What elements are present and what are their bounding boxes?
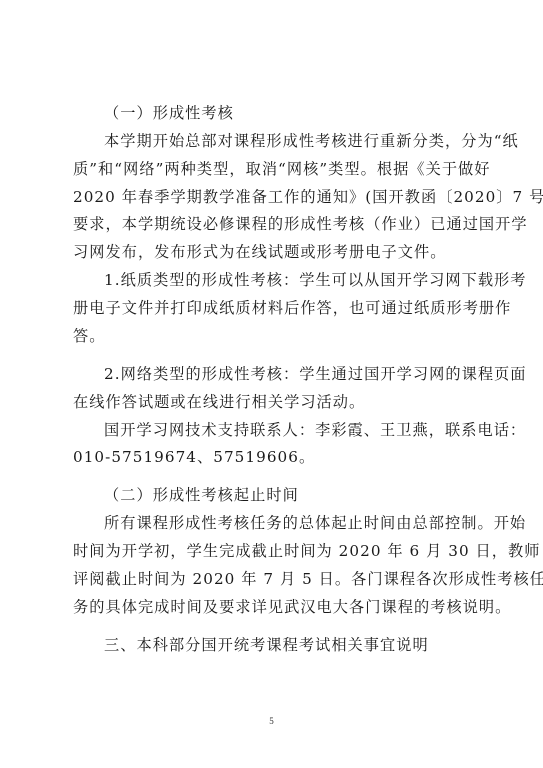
page-number: 5 <box>0 716 543 726</box>
paragraph-line: 时间为开学初，学生完成截止时间为 2020 年 6 月 30 日，教师 <box>73 541 469 561</box>
paragraph-line: 务的具体完成时间及要求详见武汉电大各门课程的考核说明。 <box>73 597 469 617</box>
section-heading-start-end-time: （二）形成性考核起止时间 <box>104 485 469 505</box>
section-heading-formative-assessment: （一）形成性考核 <box>104 103 469 123</box>
paragraph-line: 本学期开始总部对课程形成性考核进行重新分类，分为“纸 <box>104 131 469 151</box>
paragraph-line: 评阅截止时间为 2020 年 7 月 5 日。各门课程各次形成性考核任 <box>73 569 469 589</box>
paragraph-line: 在线作答试题或在线进行相关学习活动。 <box>73 392 469 412</box>
document-page: （一）形成性考核 本学期开始总部对课程形成性考核进行重新分类，分为“纸 质”和“… <box>0 0 543 768</box>
paragraph-line: 2020 年春季学期教学准备工作的通知》(国开教函〔2020〕7 号) <box>73 187 469 207</box>
paragraph-line: 要求，本学期统设必修课程的形成性考核（作业）已通过国开学 <box>73 214 469 234</box>
paragraph-line: 习网发布，发布形式为在线试题或形考册电子文件。 <box>73 242 469 262</box>
paragraph-line: 答。 <box>73 326 469 346</box>
contact-phone-line: 010-57519674、57519606。 <box>73 447 469 467</box>
paragraph-line: 所有课程形成性考核任务的总体起止时间由总部控制。开始 <box>104 513 469 533</box>
list-item-paper-type: 1.纸质类型的形成性考核：学生可以从国开学习网下载形考 <box>104 270 469 290</box>
paragraph-line: 质”和“网络”两种类型，取消“网核”类型。根据《关于做好 <box>73 159 469 179</box>
contact-line: 国开学习网技术支持联系人：李彩霞、王卫燕，联系电话： <box>104 420 469 440</box>
section-heading-exam-notes: 三、本科部分国开统考课程考试相关事宜说明 <box>104 635 469 655</box>
paragraph-line: 册电子文件并打印成纸质材料后作答，也可通过纸质形考册作 <box>73 298 469 318</box>
list-item-network-type: 2.网络类型的形成性考核：学生通过国开学习网的课程页面 <box>104 364 469 384</box>
